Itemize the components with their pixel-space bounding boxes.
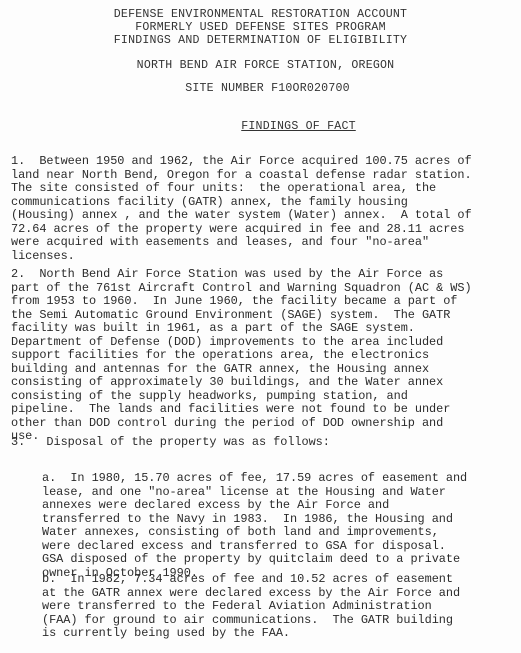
text-line: pipeline. The lands and facilities were … [11,403,472,417]
text-line: part of the 761st Aircraft Control and W… [11,282,472,296]
document-page: DEFENSE ENVIRONMENTAL RESTORATION ACCOUN… [0,0,521,653]
text-line: licenses. [11,250,472,264]
text-line: consisting of the supply headworks, pump… [11,390,472,404]
paragraph-3: 3. Disposal of the property was as follo… [11,436,330,450]
text-line: 1. Between 1950 and 1962, the Air Force … [11,155,472,169]
text-line: at the GATR annex were declared excess b… [42,587,460,601]
text-line: The site consisted of four units: the op… [11,182,472,196]
paragraph-3b: b. In 1982, 7.34 acres of fee and 10.52 … [42,573,460,641]
text-line: from 1953 to 1960. In June 1960, the fac… [11,295,472,309]
text-line: (Housing) annex , and the water system (… [11,209,472,223]
site-number: SITE NUMBER F10OR020700 [7,82,521,95]
header-title-line-1: DEFENSE ENVIRONMENTAL RESTORATION ACCOUN… [0,8,521,21]
text-line: (FAA) for ground to air communications. … [42,614,460,628]
text-line: facility was built in 1961, as a part of… [11,322,472,336]
header-title-line-2: FORMERLY USED DEFENSE SITES PROGRAM [0,21,521,34]
header-title-line-3: FINDINGS AND DETERMINATION OF ELIGIBILIT… [0,34,521,47]
text-line: GSA disposed of the property by quitclai… [42,553,467,567]
section-title: FINDINGS OF FACT [38,120,521,133]
text-line: 2. North Bend Air Force Station was used… [11,268,472,282]
paragraph-1: 1. Between 1950 and 1962, the Air Force … [11,155,472,263]
text-line: the Semi Automatic Ground Environment (S… [11,309,472,323]
text-line: communications facility (GATR) annex, th… [11,196,472,210]
text-line: a. In 1980, 15.70 acres of fee, 17.59 ac… [42,472,467,486]
paragraph-2: 2. North Bend Air Force Station was used… [11,268,472,444]
text-line: Water annexes, consisting of both land a… [42,526,467,540]
station-name: NORTH BEND AIR FORCE STATION, OREGON [5,59,521,72]
text-line: 3. Disposal of the property was as follo… [11,436,330,450]
text-line: other than DOD control during the period… [11,417,472,431]
text-line: building and antennas for the GATR annex… [11,363,472,377]
text-line: transferred to the Navy in 1983. In 1986… [42,513,467,527]
text-line: 72.64 acres of the property were acquire… [11,223,472,237]
paragraph-3a: a. In 1980, 15.70 acres of fee, 17.59 ac… [42,472,467,580]
text-line: consisting of approximately 30 buildings… [11,376,472,390]
text-line: support facilities for the operations ar… [11,349,472,363]
text-line: were declared excess and transferred to … [42,540,467,554]
text-line: b. In 1982, 7.34 acres of fee and 10.52 … [42,573,460,587]
text-line: annexes were declared excess by the Air … [42,499,467,513]
text-line: lease, and one "no-area" license at the … [42,486,467,500]
text-line: were transferred to the Federal Aviation… [42,600,460,614]
text-line: land near North Bend, Oregon for a coast… [11,169,472,183]
text-line: were acquired with easements and leases,… [11,236,472,250]
text-line: Department of Defense (DOD) improvements… [11,336,472,350]
text-line: is currently being used by the FAA. [42,627,460,641]
